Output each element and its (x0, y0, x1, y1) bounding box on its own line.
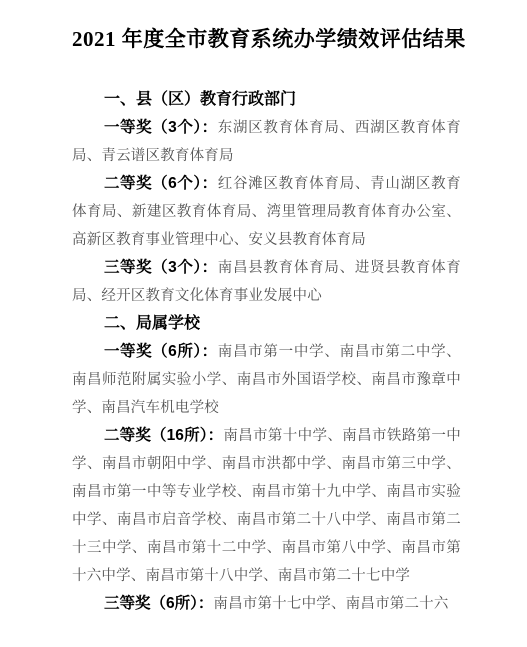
schools-third-prize-paragraph: 三等奖（6所）：南昌市第十七中学、南昌市第二十六 (72, 590, 461, 618)
schools-first-prize-paragraph: 一等奖（6所）：南昌市第一中学、南昌市第二中学、南昌师范附属实验小学、南昌市外国… (72, 338, 461, 422)
document-body: 一、县（区）教育行政部门 一等奖（3个）：东湖区教育体育局、西湖区教育体育局、青… (72, 86, 461, 618)
schools-second-prize-label: 二等奖（16所）： (104, 427, 223, 444)
document-title: 2021 年度全市教育系统办学绩效评估结果 (72, 26, 461, 52)
schools-second-prize-recipients: 南昌市第十中学、南昌市铁路第一中学、南昌市朝阳中学、南昌市洪都中学、南昌市第三中… (72, 428, 461, 584)
schools-first-prize-label: 一等奖（6所）： (104, 343, 218, 360)
schools-second-prize-paragraph: 二等奖（16所）：南昌市第十中学、南昌市铁路第一中学、南昌市朝阳中学、南昌市洪都… (72, 422, 461, 590)
county-second-prize-label: 二等奖（6个）： (104, 175, 218, 192)
schools-third-prize-recipients: 南昌市第十七中学、南昌市第二十六 (213, 596, 448, 612)
document-page: 2021 年度全市教育系统办学绩效评估结果 一、县（区）教育行政部门 一等奖（3… (0, 0, 527, 647)
section-heading-county-education-departments: 一、县（区）教育行政部门 (72, 86, 461, 114)
county-third-prize-label: 三等奖（3个）： (104, 259, 218, 276)
county-third-prize-paragraph: 三等奖（3个）：南昌县教育体育局、进贤县教育体育局、经开区教育文化体育事业发展中… (72, 254, 461, 310)
county-first-prize-paragraph: 一等奖（3个）：东湖区教育体育局、西湖区教育体育局、青云谱区教育体育局 (72, 114, 461, 170)
section-heading-bureau-schools: 二、局属学校 (72, 310, 461, 338)
county-second-prize-paragraph: 二等奖（6个）：红谷滩区教育体育局、青山湖区教育体育局、新建区教育体育局、湾里管… (72, 170, 461, 254)
schools-third-prize-label: 三等奖（6所）： (104, 595, 213, 612)
county-first-prize-label: 一等奖（3个）： (104, 119, 218, 136)
